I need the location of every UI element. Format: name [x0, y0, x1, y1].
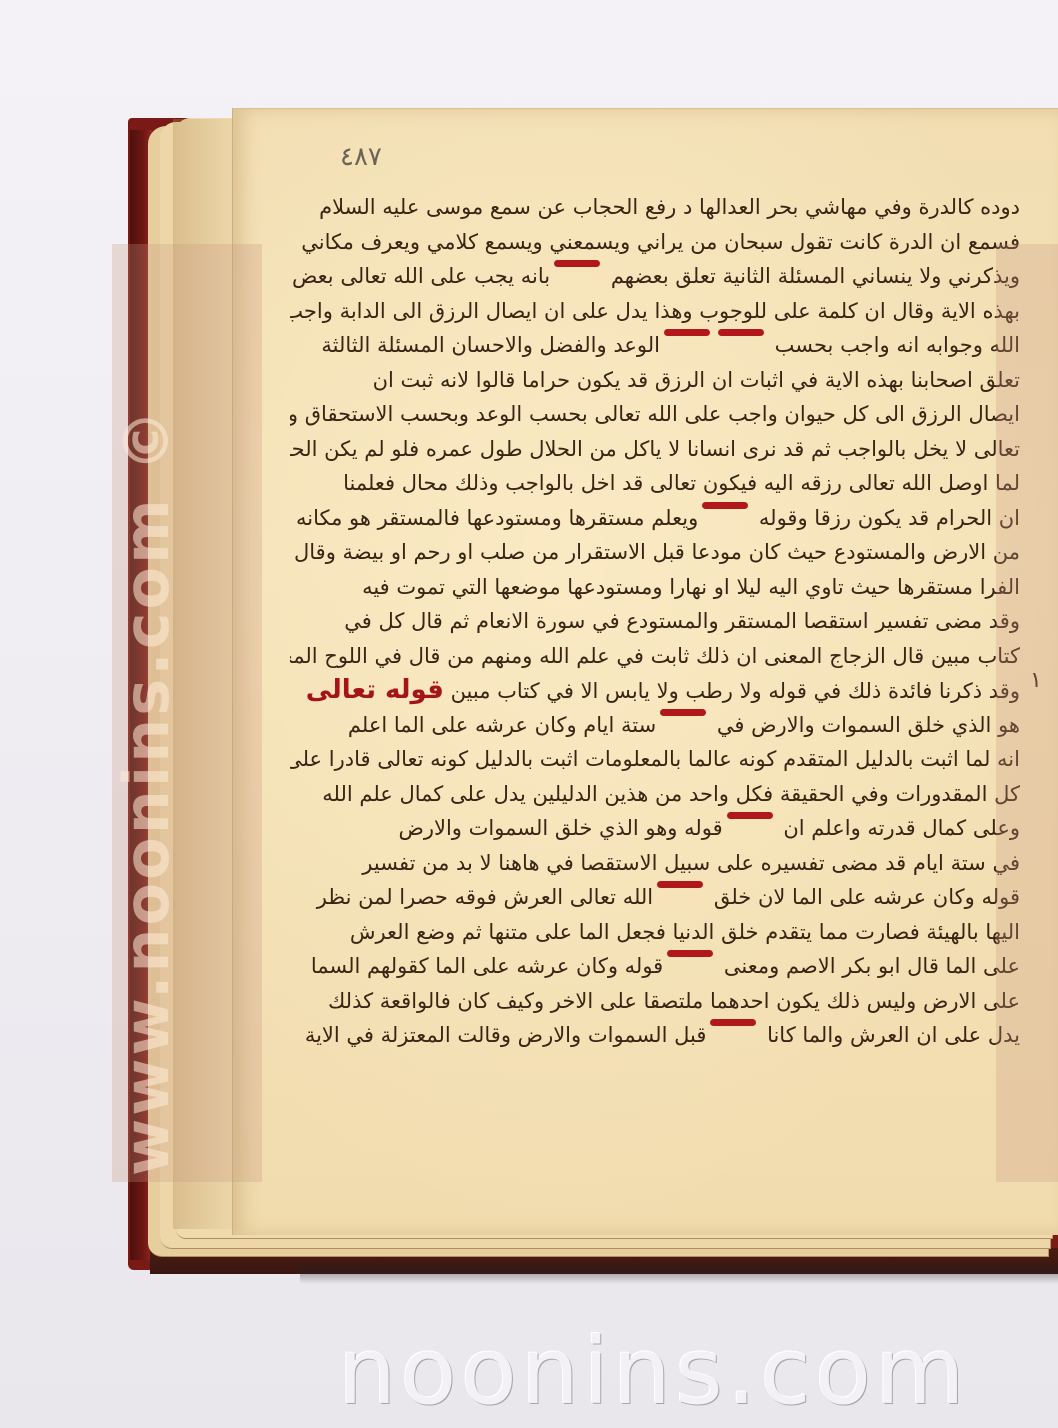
- manuscript-line: من الارض والمستودع حيث كان مودعا قبل الا…: [290, 535, 1020, 570]
- watermark-vertical-text: www.noonins.com ©: [110, 236, 183, 1180]
- red-rubric-overline: [554, 260, 600, 267]
- manuscript-line: هو الذي خلق السموات والارض في ستة ايام و…: [290, 708, 1020, 743]
- manuscript-line: ان الحرام قد يكون رزقا وقوله ويعلم مستقر…: [290, 501, 1020, 536]
- rubric-heading: قوله تعالى: [306, 675, 444, 705]
- manuscript-line: في ستة ايام قد مضى تفسيره على سبيل الاست…: [290, 846, 1020, 881]
- manuscript-line: ايصال الرزق الى كل حيوان واجب على الله ت…: [290, 397, 1020, 432]
- red-rubric-overline: [718, 329, 764, 336]
- manuscript-line: ويذكرني ولا ينساني المسئلة الثانية تعلق …: [290, 259, 1020, 294]
- red-rubric-overline: [710, 1019, 756, 1026]
- manuscript-line: وقد مضى تفسير استقصا المستقر والمستودع ف…: [290, 604, 1020, 639]
- watermark-bottom-text: noonins.com: [338, 1318, 969, 1425]
- manuscript-line: لما اوصل الله تعالى رزقه اليه فيكون تعال…: [290, 466, 1020, 501]
- manuscript-line: تعالى لا يخل بالواجب ثم قد نرى انسانا لا…: [290, 432, 1020, 467]
- manuscript-line: بهذه الاية وقال ان كلمة على للوجوب وهذا …: [290, 294, 1020, 329]
- manuscript-line: انه لما اثبت بالدليل المتقدم كونه عالما …: [290, 742, 1020, 777]
- manuscript-line: دوده كالدرة وفي مهاشي بحر العدالها د رفع…: [290, 190, 1020, 225]
- manuscript-line: تعلق اصحابنا بهذه الاية في اثبات ان الرز…: [290, 363, 1020, 398]
- manuscript-line: الفرا مستقرها حيث تاوي اليه ليلا او نهار…: [290, 570, 1020, 605]
- red-rubric-overline: [657, 881, 703, 888]
- red-rubric-overline: [664, 329, 710, 336]
- folio-number: ٤٨٧: [340, 142, 382, 172]
- manuscript-text-block: دوده كالدرة وفي مهاشي بحر العدالها د رفع…: [290, 190, 1020, 1053]
- manuscript-line: فسمع ان الدرة كانت تقول سبحان من يراني و…: [290, 225, 1020, 260]
- manuscript-line: يدل على ان العرش والما كانا قبل السموات …: [290, 1018, 1020, 1053]
- manuscript-line: كتاب مبين قال الزجاج المعنى ان ذلك ثابت …: [290, 639, 1020, 674]
- manuscript-line: كل المقدورات وفي الحقيقة فكل واحد من هذي…: [290, 777, 1020, 812]
- book-shadow: [300, 1266, 1058, 1284]
- manuscript-line: الله وجوابه انه واجب بحسب الوعد والفضل و…: [290, 328, 1020, 363]
- manuscript-line: قوله وكان عرشه على الما لان خلق الله تعا…: [290, 880, 1020, 915]
- manuscript-line: اليها بالهيئة فصارت مما يتقدم خلق الدنيا…: [290, 915, 1020, 950]
- red-rubric-overline: [660, 709, 706, 716]
- watermark-band-right: [996, 244, 1058, 1182]
- red-rubric-overline: [667, 950, 713, 957]
- manuscript-line: وعلى كمال قدرته واعلم ان قوله وهو الذي خ…: [290, 811, 1020, 846]
- photo-scene: ٤٨٧ دوده كالدرة وفي مهاشي بحر العدالها د…: [0, 0, 1058, 1428]
- manuscript-line: على الما قال ابو بكر الاصم ومعنى قوله وك…: [290, 949, 1020, 984]
- manuscript-line: وقد ذكرنا فائدة ذلك في قوله ولا رطب ولا …: [290, 673, 1020, 708]
- manuscript-line: على الارض وليس ذلك يكون احدهما ملتصقا عل…: [290, 984, 1020, 1019]
- red-rubric-overline: [727, 812, 773, 819]
- red-rubric-overline: [702, 502, 748, 509]
